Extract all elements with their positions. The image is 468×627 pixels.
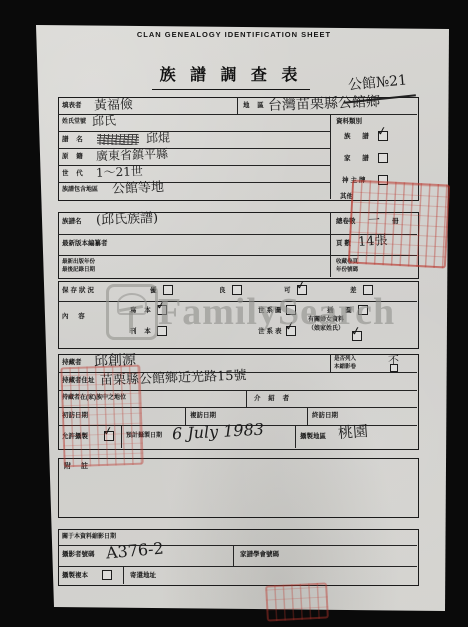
page-title: 族 譜 調 查 表 [152, 62, 310, 90]
area-value: 台灣苗栗縣公館鄉 [268, 95, 380, 113]
publish-year-label-line1: 最新出版年份 [62, 259, 95, 265]
s1-vline2 [330, 114, 331, 199]
holder-label: 持藏者 [62, 359, 82, 366]
publish-year-label-line2: 最後記錄日期 [62, 267, 95, 273]
filler-value: 黃福儉 [94, 98, 133, 112]
category-jiapu-label: 家 譜 [344, 155, 374, 162]
category-zupu-checkbox [378, 131, 388, 141]
genealogy-name-value: 邱焜 [146, 132, 170, 145]
film-page-label-line2: 年份號碼 [336, 267, 358, 273]
coverage-area-value: 公館等地 [112, 181, 164, 196]
seal-stamp-left [60, 365, 143, 468]
s1-line5 [58, 182, 330, 183]
s1-line2 [58, 131, 330, 132]
latest-editor-label: 最新版本編纂者 [62, 240, 108, 247]
second-visit-date-label: 複訪日期 [190, 412, 216, 419]
filming-area-label: 攝製地區 [300, 433, 326, 440]
society-number-label: 家譜學會號碼 [240, 551, 279, 558]
seal-stamp-bottom-center [265, 582, 329, 621]
s4-vline4 [307, 407, 308, 425]
familysearch-watermark-text: FamilySearch [158, 290, 395, 334]
s1-vline1 [237, 97, 238, 114]
s2-vline [330, 212, 331, 277]
filming-copy-label: 攝製複本 [62, 572, 88, 579]
origin-label: 原 籍 [62, 153, 86, 160]
book-title-label: 族譜名 [62, 218, 82, 225]
struck-out-text [97, 134, 139, 145]
familysearch-tree-logo-icon [106, 284, 158, 340]
s4-vline3 [185, 407, 186, 425]
filming-copy-checkbox [102, 570, 112, 580]
include-in-film-checkbox [390, 364, 398, 372]
category-zupu-label: 族 譜 [344, 133, 374, 140]
condition-label: 保存狀況 [62, 287, 96, 294]
s6-line2 [58, 566, 417, 567]
material-category-header: 資料類別 [336, 118, 362, 125]
filming-area-value: 桃園 [338, 424, 369, 441]
photographer-number-label: 攝影者號碼 [62, 551, 95, 558]
genealogy-name-label: 譜 名 [62, 136, 86, 143]
form-content: CLAN GENEALOGY IDENTIFICATION SHEET 族 譜 … [0, 0, 468, 627]
filming-section-header-label: 關于本資料縮影日期 [62, 534, 116, 541]
handwritten-annotation: 公館№21 [348, 73, 408, 92]
s4-vline2 [246, 390, 247, 407]
area-label: 地 區 [243, 102, 267, 109]
filler-label: 填表者 [62, 102, 82, 109]
return-address-label: 寄還地址 [130, 572, 156, 579]
s4-vline1 [330, 354, 331, 372]
generations-label: 世 代 [62, 170, 86, 177]
s6-vline2 [123, 566, 124, 584]
s6-vline1 [233, 545, 234, 566]
section-remarks [58, 458, 419, 518]
planned-filming-date-value: 6 July 1983 [172, 422, 265, 443]
final-visit-date-label: 終訪日期 [312, 412, 338, 419]
s4-vline6 [295, 425, 296, 448]
category-jiapu-checkbox [378, 153, 388, 163]
content-label: 內 容 [62, 313, 89, 320]
generations-value: 1～21世 [96, 165, 143, 179]
origin-value: 廣東省鎮平縣 [96, 148, 168, 163]
sheet-english-title: CLAN GENEALOGY IDENTIFICATION SHEET [0, 31, 468, 39]
book-title-value: (邱氏族譜) [96, 212, 159, 227]
surname-hall-label: 姓氏堂號 [62, 119, 86, 126]
include-in-film-label-line2: 本縮影卷 [334, 364, 356, 370]
coverage-area-label: 族譜包含地區 [62, 187, 98, 194]
surname-hall-value: 邱氏 [92, 115, 116, 128]
seal-stamp-upper-right [348, 179, 450, 268]
include-in-film-label-line1: 是否列入 [334, 356, 356, 362]
introducer-label: 介 紹 者 [254, 395, 292, 402]
